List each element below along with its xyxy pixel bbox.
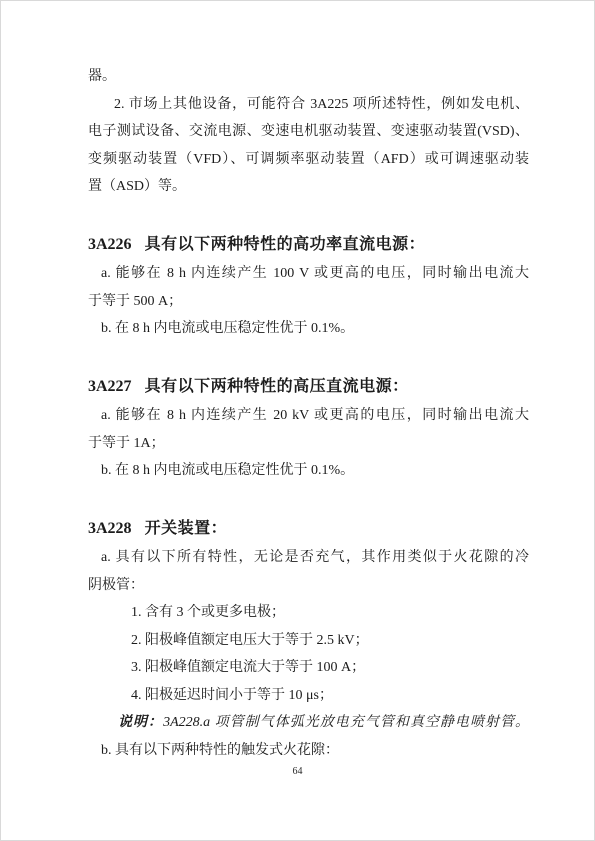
item-b-line: b. 在 8 h 内电流或电压稳定性优于 0.1%。 — [88, 457, 529, 485]
numbered-sub-item: 2. 阳极峰值额定电压大于等于 2.5 kV； — [88, 627, 529, 655]
section-heading-3a226: 3A226 具有以下两种特性的高功率直流电源： — [88, 231, 529, 259]
text-column: 器。 2. 市场上其他设备，可能符合 3A225 项所述特性，例如发电机、 电子… — [88, 63, 529, 764]
note-label: 说明： — [118, 715, 163, 730]
section-code: 3A227 — [88, 378, 132, 395]
item-b-line: b. 具有以下两种特性的触发式火花隙： — [88, 737, 529, 765]
item-a-line: a. 能够在 8 h 内连续产生 20 kV 或更高的电压，同时输出电流大 — [88, 402, 529, 430]
section-heading-3a228: 3A228 开关装置： — [88, 515, 529, 543]
numbered-sub-item: 3. 阳极峰值额定电流大于等于 100 A； — [88, 654, 529, 682]
item-b-line: b. 在 8 h 内电流或电压稳定性优于 0.1%。 — [88, 315, 529, 343]
section-title: 具有以下两种特性的高功率直流电源： — [145, 236, 426, 253]
section-title: 具有以下两种特性的高压直流电源： — [145, 378, 409, 395]
note-text: 3A228.a 项管制气体弧光放电充气管和真空静电喷射管。 — [163, 715, 529, 730]
item-a-line: a. 具有以下所有特性，无论是否充气，其作用类似于火花隙的冷 — [88, 544, 529, 572]
numbered-sub-item: 1. 含有 3 个或更多电极； — [88, 599, 529, 627]
paragraph-line: 2. 市场上其他设备，可能符合 3A225 项所述特性，例如发电机、 — [88, 91, 529, 119]
document-page: 器。 2. 市场上其他设备，可能符合 3A225 项所述特性，例如发电机、 电子… — [0, 0, 595, 841]
note-line: 说明：3A228.a 项管制气体弧光放电充气管和真空静电喷射管。 — [88, 709, 529, 737]
paragraph-line: 电子测试设备、交流电源、变速电机驱动装置、变速驱动装置(VSD)、 — [88, 118, 529, 146]
paragraph-tail-line: 器。 — [88, 63, 529, 91]
section-code: 3A228 — [88, 520, 132, 537]
item-a-line: 阴极管： — [88, 572, 529, 600]
item-a-line: a. 能够在 8 h 内连续产生 100 V 或更高的电压，同时输出电流大 — [88, 260, 529, 288]
paragraph-line: 置（ASD）等。 — [88, 173, 529, 201]
section-title: 开关装置： — [145, 520, 228, 537]
section-heading-3a227: 3A227 具有以下两种特性的高压直流电源： — [88, 373, 529, 401]
page-number: 64 — [1, 766, 594, 777]
item-a-line: 于等于 1A； — [88, 430, 529, 458]
numbered-sub-item: 4. 阳极延迟时间小于等于 10 μs； — [88, 682, 529, 710]
section-code: 3A226 — [88, 236, 132, 253]
item-a-line: 于等于 500 A； — [88, 288, 529, 316]
paragraph-line: 变频驱动装置（VFD）、可调频率驱动装置（AFD）或可调速驱动装 — [88, 146, 529, 174]
